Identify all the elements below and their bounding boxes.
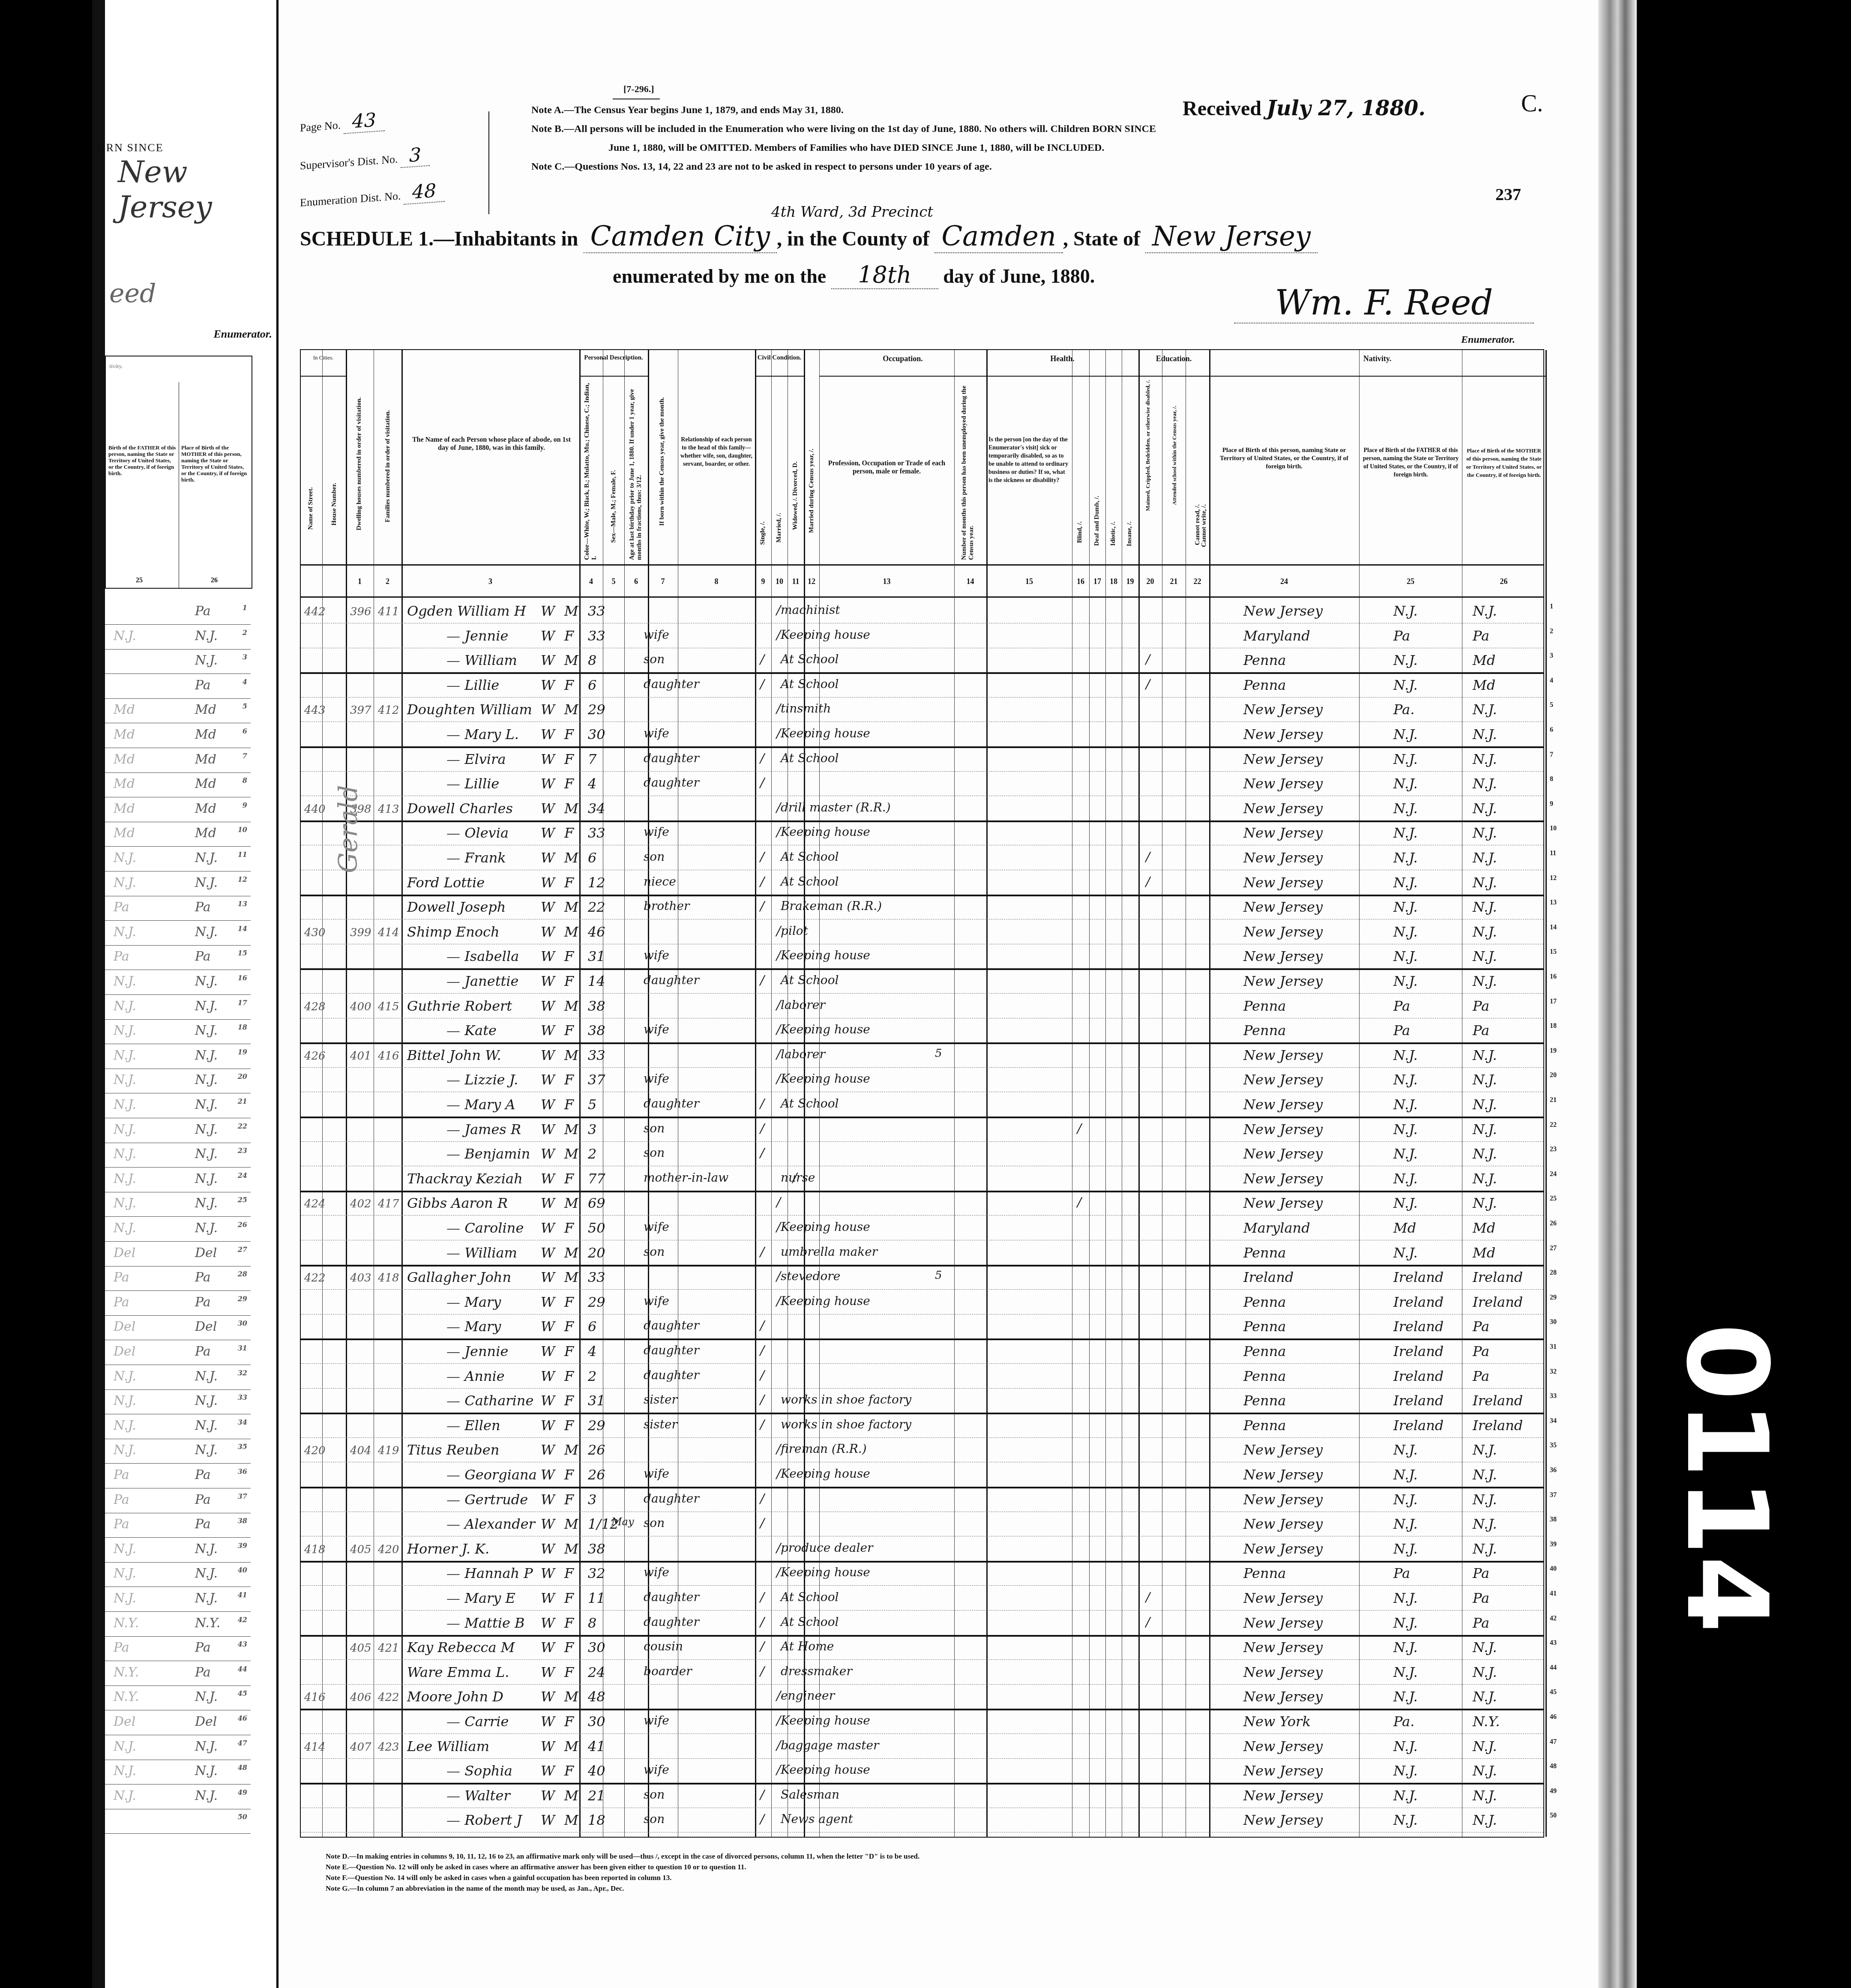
single-mark: / (760, 899, 764, 914)
father-birthplace: Del (114, 1714, 135, 1729)
birthplace: New Jersey (1243, 825, 1323, 841)
mother-birthplace: Pa (195, 1467, 211, 1482)
sex: F (564, 1220, 574, 1236)
header-c24: Place of Birth of this person, naming St… (1213, 446, 1355, 471)
age: 69 (588, 1195, 605, 1211)
relationship: son (644, 1787, 665, 1802)
line-number: 33 (1550, 1392, 1557, 1400)
birthplace: New Jersey (1243, 1096, 1323, 1113)
father-birthplace: Pa (114, 900, 129, 915)
left-table-row: N.J.N.J.39 (105, 1536, 251, 1563)
mother-birthplace: N.J. (1473, 1442, 1497, 1458)
father-birthplace: N.J. (114, 999, 136, 1014)
birthplace: Penna (1243, 1294, 1286, 1310)
age: 3 (588, 1491, 596, 1508)
left-table-row: N.J.N.J.34 (105, 1412, 251, 1439)
house-number: 420 (304, 1444, 326, 1457)
c25-number: 25 (136, 577, 143, 584)
line-number: 46 (238, 1714, 247, 1722)
mother-birthplace: N.J. (195, 875, 218, 890)
line-number: 15 (238, 949, 247, 957)
line-number: 12 (1550, 874, 1557, 882)
table-row: 443397412Doughten WilliamWM29/tinsmithNe… (301, 697, 1543, 722)
father-birthplace: Ireland (1393, 1392, 1444, 1409)
person-name: Titus Reuben (407, 1442, 499, 1458)
mother-birthplace: Del (195, 1319, 217, 1334)
table-row: 426401416Bittel John W.WM33/laborer5New … (301, 1043, 1543, 1068)
left-table-row: N.Y.N.J.45 (105, 1683, 251, 1710)
relationship: sister (644, 1392, 677, 1407)
single-mark: / (760, 874, 764, 889)
occupation: At School (781, 874, 839, 889)
line-number: 44 (1550, 1664, 1557, 1672)
mother-birthplace: N.J. (1473, 603, 1497, 619)
line-number: 26 (238, 1221, 247, 1229)
age: 3 (588, 1121, 596, 1138)
line-number: 22 (1550, 1121, 1557, 1129)
left-table-row: 50 (105, 1807, 251, 1834)
sex: F (564, 1664, 574, 1680)
census-table: In Cities. Personal Description. Civil C… (300, 349, 1544, 1838)
age: 33 (588, 628, 605, 644)
married-mark: / (776, 1541, 781, 1556)
age: 29 (588, 1294, 605, 1310)
line-number: 43 (1550, 1639, 1557, 1647)
mother-birthplace: N.J. (1473, 973, 1497, 989)
occupation: Keeping house (781, 1713, 870, 1728)
mother-birthplace: Md (195, 752, 216, 767)
relationship: wife (644, 1763, 669, 1777)
married-mark: / (776, 1220, 781, 1235)
group-occupation: Occupation. (819, 354, 986, 363)
person-name: William (446, 1245, 517, 1261)
mother-birthplace: N.J. (1473, 1689, 1497, 1705)
column-number: 8 (678, 577, 755, 586)
line-number: 44 (238, 1665, 247, 1673)
line-number: 17 (1550, 998, 1557, 1006)
table-row: 414407423Lee WilliamWM41/baggage masterN… (301, 1734, 1543, 1759)
occupation: baggage master (781, 1738, 879, 1752)
age: 4 (588, 1343, 596, 1359)
family-number: 411 (378, 605, 399, 618)
mother-birthplace: N.J. (1473, 1812, 1497, 1828)
line-number: 36 (1550, 1467, 1557, 1474)
father-birthplace: N.J. (1393, 775, 1418, 792)
line-number: 10 (1550, 825, 1557, 832)
line-number: 41 (1550, 1590, 1557, 1598)
left-table-row: N.J.N.J.21 (105, 1091, 251, 1118)
line-number: 7 (1550, 751, 1553, 759)
mother-birthplace: N.J. (1473, 1195, 1497, 1211)
relationship: wife (644, 1713, 669, 1728)
person-name: Mary (446, 1318, 501, 1335)
family-number: 414 (378, 926, 399, 939)
color: W (541, 1763, 555, 1779)
age: 6 (588, 1318, 596, 1335)
sex: F (564, 1639, 574, 1656)
nativity-fragment: tivity. (109, 363, 123, 369)
line-number: 26 (1550, 1220, 1557, 1228)
father-birthplace: Md (114, 752, 135, 767)
mother-birthplace: Md (1473, 652, 1495, 668)
person-name: Frank (446, 850, 506, 866)
birthplace: New Jersey (1243, 1639, 1323, 1656)
left-table-row: Pa1 (105, 598, 251, 625)
table-row: Lizzie J.WF37wife/Keeping houseNew Jerse… (301, 1067, 1543, 1092)
house-number: 424 (304, 1198, 326, 1210)
line-number: 4 (1550, 677, 1553, 685)
column-number: 7 (648, 577, 678, 586)
birthplace: New Jersey (1243, 1590, 1323, 1606)
relationship: son (644, 652, 665, 666)
mother-birthplace: N.J. (195, 653, 218, 668)
sex: F (564, 1615, 574, 1631)
color: W (541, 701, 555, 718)
dwelling-number: 405 (350, 1642, 371, 1655)
occupation: laborer (781, 1047, 825, 1061)
father-birthplace: N.J. (1393, 1047, 1418, 1063)
age: 2 (588, 1146, 596, 1162)
table-row: 416406422Moore John DWM48/engineerNew Je… (301, 1684, 1543, 1710)
header-c23: Cannot write, /. (1201, 504, 1208, 547)
birthplace: New Jersey (1243, 948, 1323, 964)
enumerator-label: Enumerator. (1461, 334, 1515, 346)
occupation: Keeping house (781, 825, 870, 839)
left-table-row: N.J.N.J.47 (105, 1733, 251, 1760)
birthplace: Penna (1243, 1245, 1286, 1261)
age: 46 (588, 924, 605, 940)
header-street: Name of Street. (307, 487, 314, 530)
page-shadow (92, 0, 105, 1988)
left-table-row: N.J.N.J.32 (105, 1363, 251, 1390)
mother-birthplace: N.J. (1473, 800, 1497, 817)
left-table-row: N.J.3 (105, 647, 251, 674)
column-number: 11 (788, 577, 804, 586)
father-birthplace: N.J. (114, 1147, 136, 1162)
mother-birthplace: Pa (195, 1295, 211, 1310)
color: W (541, 652, 555, 668)
line-number: 33 (238, 1393, 247, 1401)
line-number: 40 (1550, 1565, 1557, 1573)
table-row: LillieWF4daughter/New JerseyN.J.N.J.8 (301, 771, 1543, 796)
left-table-row: N.Y.Pa44 (105, 1659, 251, 1686)
father-birthplace: Pa (1393, 628, 1410, 644)
school-mark: / (1146, 850, 1150, 865)
note-g: Note G.—In column 7 an abbreviation in t… (326, 1883, 920, 1894)
line-number: 28 (238, 1270, 247, 1278)
group-in-cities: In Cities. (301, 354, 346, 361)
mother-birthplace: N.J. (1473, 1491, 1497, 1508)
family-number: 422 (378, 1691, 399, 1704)
single-mark: / (760, 1491, 764, 1506)
house-number: 430 (304, 926, 326, 939)
person-name: Dowell Charles (407, 800, 513, 817)
page-number-field: Page No. 43 (300, 108, 385, 136)
line-number: 11 (238, 850, 247, 859)
relationship: boarder (644, 1664, 692, 1678)
column-number: 21 (1162, 577, 1186, 586)
married-mark: / (776, 1565, 781, 1580)
sex: M (564, 1812, 578, 1828)
occupation: At School (781, 652, 839, 666)
house-number: 443 (304, 704, 326, 717)
single-mark: / (760, 1516, 764, 1531)
single-mark: / (760, 1392, 764, 1407)
table-row: MaryWF6daughter/PennaIrelandPa30 (301, 1314, 1543, 1340)
line-number: 19 (1550, 1047, 1557, 1055)
color: W (541, 1467, 555, 1483)
column-number: 25 (1359, 577, 1462, 586)
note-e: Note E.—Question No. 12 will only be ask… (326, 1862, 920, 1872)
mother-birthplace: Pa (1473, 628, 1489, 644)
father-birthplace: N.J. (114, 1369, 136, 1384)
sex: M (564, 800, 578, 817)
mother-birthplace: Pa (195, 1665, 211, 1680)
sex: M (564, 1442, 578, 1458)
father-birthplace: N.J. (1393, 825, 1418, 841)
left-table-row: DelDel30 (105, 1313, 251, 1340)
father-birthplace: N.J. (1393, 973, 1418, 989)
birthplace: Ireland (1243, 1269, 1294, 1285)
table-row: CarolineWF50wife/Keeping houseMarylandMd… (301, 1216, 1543, 1240)
left-table-row: N.Y.N.Y.42 (105, 1610, 251, 1637)
left-table-row: PaPa13 (105, 894, 251, 921)
house-number: 414 (304, 1741, 326, 1754)
column-number: 17 (1089, 577, 1105, 586)
line-number: 27 (1550, 1245, 1557, 1252)
person-name: Gertrude (446, 1491, 528, 1508)
person-name: Mary E (446, 1590, 515, 1606)
birthplace: Penna (1243, 1368, 1286, 1384)
occupation: umbrella maker (781, 1245, 878, 1259)
married-mark: / (776, 1294, 781, 1309)
mother-birthplace: N.J. (195, 1591, 218, 1606)
blind-mark: / (1077, 1121, 1081, 1136)
age: 30 (588, 1639, 605, 1656)
enumerator-label: Enumerator. (213, 328, 272, 341)
father-birthplace: N.Y. (114, 1665, 139, 1680)
mother-birthplace: N.J. (195, 850, 218, 865)
dwelling-number: 399 (350, 926, 371, 939)
sex: F (564, 973, 574, 989)
table-row: 440398413Dowell CharlesWM34/drill master… (301, 796, 1543, 822)
age: 22 (588, 899, 605, 915)
sex: F (564, 1392, 574, 1409)
form-number: [7-296.] (623, 84, 654, 95)
age: 18 (588, 1812, 605, 1828)
table-row: CarrieWF30wife/Keeping houseNew YorkPa.N… (301, 1709, 1543, 1734)
mother-birthplace: N.J. (195, 1418, 218, 1433)
person-name: Bittel John W. (407, 1047, 501, 1063)
father-birthplace: N.J. (1393, 948, 1418, 964)
column-number: 15 (986, 577, 1072, 586)
left-column-header: tivity. Birth of the FATHER of this pers… (105, 356, 252, 589)
mother-birthplace: Md (1473, 1220, 1495, 1236)
birthplace: New Jersey (1243, 1467, 1323, 1483)
relationship: daughter (644, 1096, 699, 1111)
table-row: Ford LottieWF12niece/At School/New Jerse… (301, 870, 1543, 896)
header-c8: Relationship of each person to the head … (680, 436, 753, 468)
color: W (541, 924, 555, 940)
age: 11 (588, 1590, 605, 1606)
person-name: Hannah P (446, 1565, 533, 1581)
age: 29 (588, 701, 605, 718)
married-mark: / (776, 1195, 781, 1210)
father-birthplace: Ireland (1393, 1368, 1444, 1384)
color: W (541, 1565, 555, 1581)
line-number: 41 (238, 1591, 247, 1599)
single-mark: / (760, 1096, 764, 1111)
father-birthplace: N.J. (1393, 1541, 1418, 1557)
person-name: Ogden William H (407, 603, 526, 619)
color: W (541, 800, 555, 817)
header-c6: Age at last birthday prior to June 1, 18… (629, 380, 644, 560)
group-personal: Personal Description. (579, 354, 648, 362)
color: W (541, 1541, 555, 1557)
header-c5: Sex—Male, M.; Female, F. (610, 470, 617, 543)
sex: F (564, 1368, 574, 1384)
age: 8 (588, 652, 596, 668)
sex: F (564, 1294, 574, 1310)
mother-birthplace: Md (1473, 1245, 1495, 1261)
father-birthplace: Md (114, 801, 135, 816)
mother-birthplace: Pa (195, 604, 211, 619)
person-name: Gallagher John (407, 1269, 511, 1285)
line-number: 23 (238, 1147, 247, 1155)
mother-birthplace: N.J. (1473, 1047, 1497, 1063)
line-number: 35 (238, 1443, 247, 1451)
mother-birthplace: Pa (1473, 1615, 1489, 1631)
father-birthplace: Pa (114, 1270, 129, 1285)
age: 38 (588, 998, 605, 1014)
married-mark: / (776, 948, 781, 963)
left-table-row: MdMd6 (105, 721, 251, 748)
mother-birthplace: Pa (1473, 1565, 1489, 1581)
father-birthplace: N.J. (1393, 1467, 1418, 1483)
note-a: Note A.—The Census Year begins June 1, 1… (531, 101, 1517, 120)
married-mark: / (776, 1689, 781, 1704)
father-birthplace: Pa (114, 949, 129, 964)
line-number: 47 (1550, 1738, 1557, 1746)
birthplace: New Jersey (1243, 1787, 1323, 1804)
left-table-row: PaPa28 (105, 1264, 251, 1291)
age: 24 (588, 1664, 605, 1680)
table-row: LillieWF6daughter/At School/PennaN.J.Md4 (301, 673, 1543, 698)
table-row: IsabellaWF31wife/Keeping houseNew Jersey… (301, 944, 1543, 970)
column-number: 19 (1122, 577, 1138, 586)
color: W (541, 899, 555, 915)
house-number: 440 (304, 803, 326, 816)
line-number: 43 (238, 1640, 247, 1648)
column-number: 18 (1105, 577, 1122, 586)
single-mark: / (760, 1368, 764, 1383)
person-name: Janettie (446, 973, 519, 989)
single-mark: / (760, 850, 764, 865)
header-c15: Is the person [on the day of the Enumera… (988, 436, 1070, 485)
color: W (541, 1615, 555, 1631)
sex: F (564, 1590, 574, 1606)
mother-birthplace: Del (195, 1245, 217, 1260)
color: W (541, 751, 555, 767)
line-number: 30 (238, 1319, 247, 1327)
single-mark: / (760, 1812, 764, 1827)
father-birthplace: N.J. (114, 1763, 136, 1778)
line-number: 14 (1550, 924, 1557, 931)
mother-birthplace: N.J. (1473, 1738, 1497, 1754)
father-birthplace: N.J. (1393, 1072, 1418, 1088)
occupation: At School (781, 751, 839, 765)
group-civil: Civil Condition. (755, 354, 804, 362)
birthplace: New Jersey (1243, 775, 1323, 792)
table-row: Dowell JosephWM22brother/Brakeman (R.R.)… (301, 895, 1543, 919)
header-c18: Idiotic, /. (1110, 521, 1117, 546)
column-divider (179, 382, 179, 588)
column-number: 20 (1138, 577, 1162, 586)
occupation: Keeping house (781, 1022, 870, 1036)
group-health: Health. (986, 354, 1138, 363)
age: 33 (588, 825, 605, 841)
line-number: 48 (1550, 1763, 1557, 1770)
table-row: WilliamWM8son/At School/PennaN.J.Md3 (301, 648, 1543, 674)
age: 2 (588, 1368, 596, 1384)
line-number: 50 (238, 1813, 247, 1821)
relationship: wife (644, 948, 669, 962)
birthplace: New Jersey (1243, 1442, 1323, 1458)
relationship: son (644, 1245, 665, 1259)
father-birthplace: Md (1393, 1220, 1416, 1236)
mother-birthplace: N.J. (195, 1689, 218, 1704)
mother-birthplace: Ireland (1473, 1294, 1523, 1310)
mother-birthplace: N.J. (195, 1763, 218, 1778)
father-birthplace: Pa (114, 1517, 129, 1532)
father-birthplace: Pa (114, 1295, 129, 1310)
family-number: 418 (378, 1272, 399, 1284)
column-number: 2 (374, 577, 401, 586)
relationship: wife (644, 726, 669, 740)
relationship: wife (644, 1467, 669, 1481)
line-number: 39 (1550, 1541, 1557, 1548)
line-number: 18 (1550, 1022, 1557, 1030)
line-number: 25 (1550, 1195, 1557, 1203)
house-number: 428 (304, 1000, 326, 1013)
person-name: Catharine (446, 1392, 533, 1409)
occupation: drill master (R.R.) (781, 800, 891, 814)
line-number: 45 (1550, 1689, 1557, 1696)
color: W (541, 775, 555, 792)
occupation: nurse (781, 1171, 815, 1185)
birthplace: New Jersey (1243, 1516, 1323, 1532)
left-table-row: N.J.N.J.23 (105, 1141, 251, 1168)
sex: M (564, 1787, 578, 1804)
mother-birthplace: Pa (195, 949, 211, 964)
header-c1: Dwelling houses numbered in order of vis… (356, 397, 363, 530)
line-number: 30 (1550, 1318, 1557, 1326)
district-info: Page No. 43 Supervisor's Dist. No. 3 Enu… (300, 111, 489, 214)
county-name: Camden (934, 221, 1063, 253)
person-name: Jennie (446, 628, 508, 644)
relationship: brother (644, 899, 689, 913)
house-number: 416 (304, 1691, 326, 1704)
single-mark: / (760, 677, 764, 692)
relationship: daughter (644, 775, 699, 790)
person-name: Thackray Keziah (407, 1171, 523, 1187)
age: 50 (588, 1220, 605, 1236)
father-birthplace: N.J. (114, 1591, 136, 1606)
mother-birthplace: Ireland (1473, 1269, 1523, 1285)
father-birthplace: Md (114, 702, 135, 717)
occupation: News agent (781, 1812, 853, 1826)
age: 33 (588, 1047, 605, 1063)
